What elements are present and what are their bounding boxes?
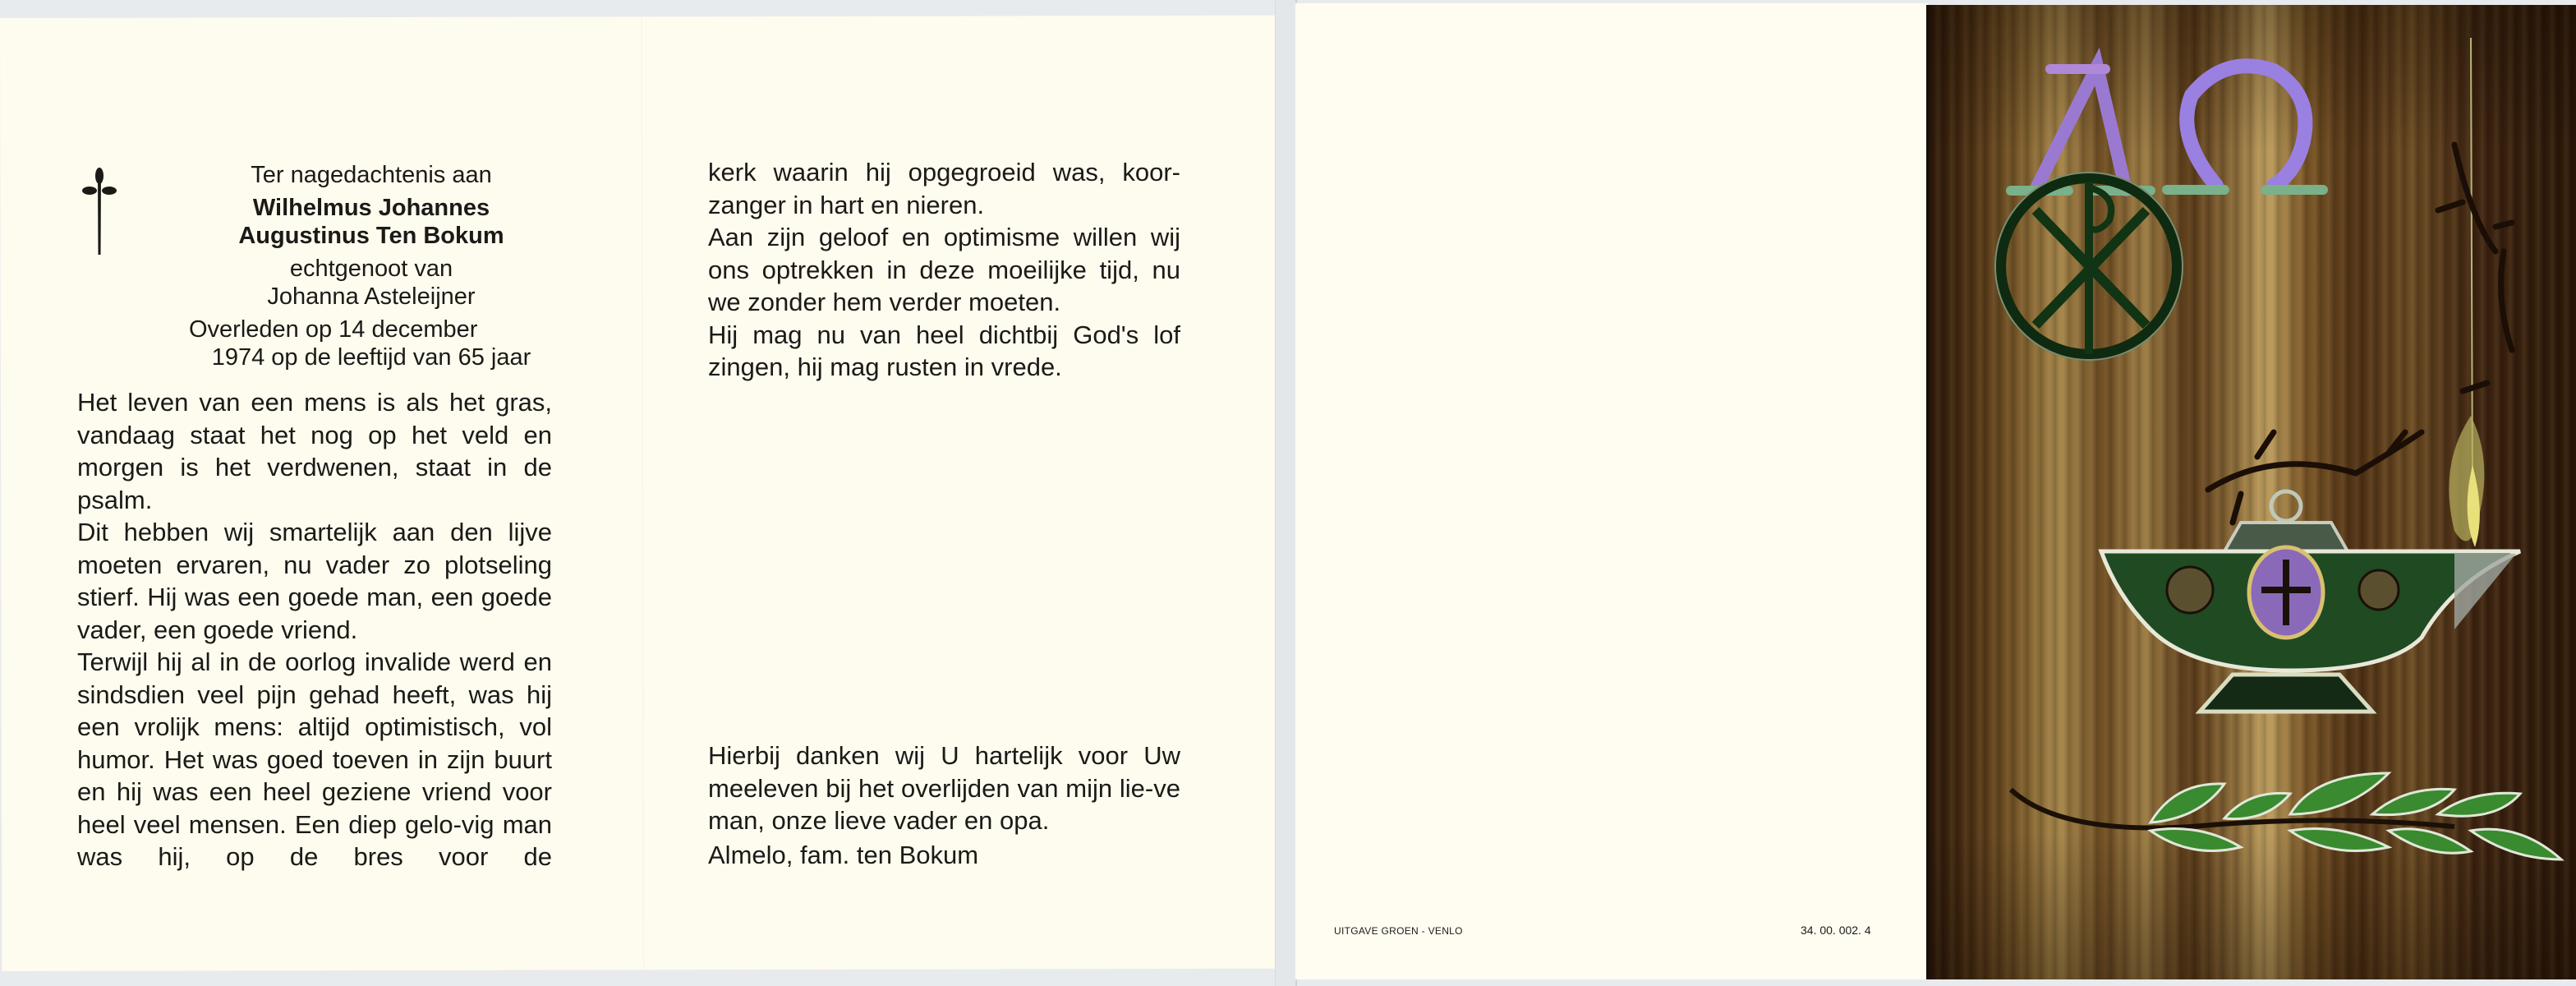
publisher-text: UITGAVE GROEN - VENLO bbox=[1334, 925, 1463, 937]
artwork-illustration bbox=[1929, 5, 2576, 979]
paragraph-faith: Aan zijn geloof en optimisme willen wij … bbox=[708, 221, 1180, 319]
memorial-card-back bbox=[1295, 3, 1928, 979]
cross-icon bbox=[80, 164, 118, 256]
relation-text: echtgenoot van bbox=[189, 255, 554, 283]
deceased-name-line2: Augustinus Ten Bokum bbox=[189, 222, 554, 250]
alpha-letter-icon bbox=[2011, 67, 2150, 191]
paragraph-character: Terwijl hij al in de oorlog invalide wer… bbox=[77, 646, 552, 873]
memorial-header: Ter nagedachtenis aan Wilhelmus Johannes… bbox=[189, 161, 554, 371]
right-text-column: kerk waarin hij opgegroeid was, koor-zan… bbox=[708, 156, 1180, 384]
death-line1: Overleden op 14 december bbox=[189, 316, 554, 343]
left-text-column: Het leven van een mens is als het gras, … bbox=[77, 386, 552, 873]
paragraph-psalm: Het leven van een mens is als het gras, … bbox=[77, 386, 552, 516]
thanks-block: Hierbij danken wij U hartelijk voor Uw m… bbox=[708, 739, 1180, 871]
artwork-panel bbox=[1926, 5, 2576, 979]
paragraph-church: kerk waarin hij opgegroeid was, koor-zan… bbox=[708, 156, 1180, 221]
catalog-number: 34. 00. 002. 4 bbox=[1801, 924, 1871, 937]
card-fold bbox=[641, 16, 644, 970]
death-line2: 1974 op de leeftijd van 65 jaar bbox=[189, 343, 554, 371]
paragraph-rest: Hij mag nu van heel dichtbij God's lof z… bbox=[708, 319, 1180, 384]
card-gap bbox=[1275, 0, 1297, 986]
thanks-text: Hierbij danken wij U hartelijk voor Uw m… bbox=[708, 739, 1180, 837]
chi-rho-icon bbox=[1995, 173, 2183, 360]
spouse-name: Johanna Asteleijner bbox=[189, 283, 554, 311]
paragraph-loss: Dit hebben wij smartelijk aan den lijve … bbox=[77, 516, 552, 646]
flame-icon bbox=[2449, 416, 2484, 547]
olive-branch-icon bbox=[2011, 773, 2561, 859]
deceased-name-line1: Wilhelmus Johannes bbox=[189, 194, 554, 222]
intro-text: Ter nagedachtenis aan bbox=[189, 161, 554, 189]
signature: Almelo, fam. ten Bokum bbox=[708, 839, 1180, 872]
omega-letter-icon bbox=[2167, 66, 2323, 190]
